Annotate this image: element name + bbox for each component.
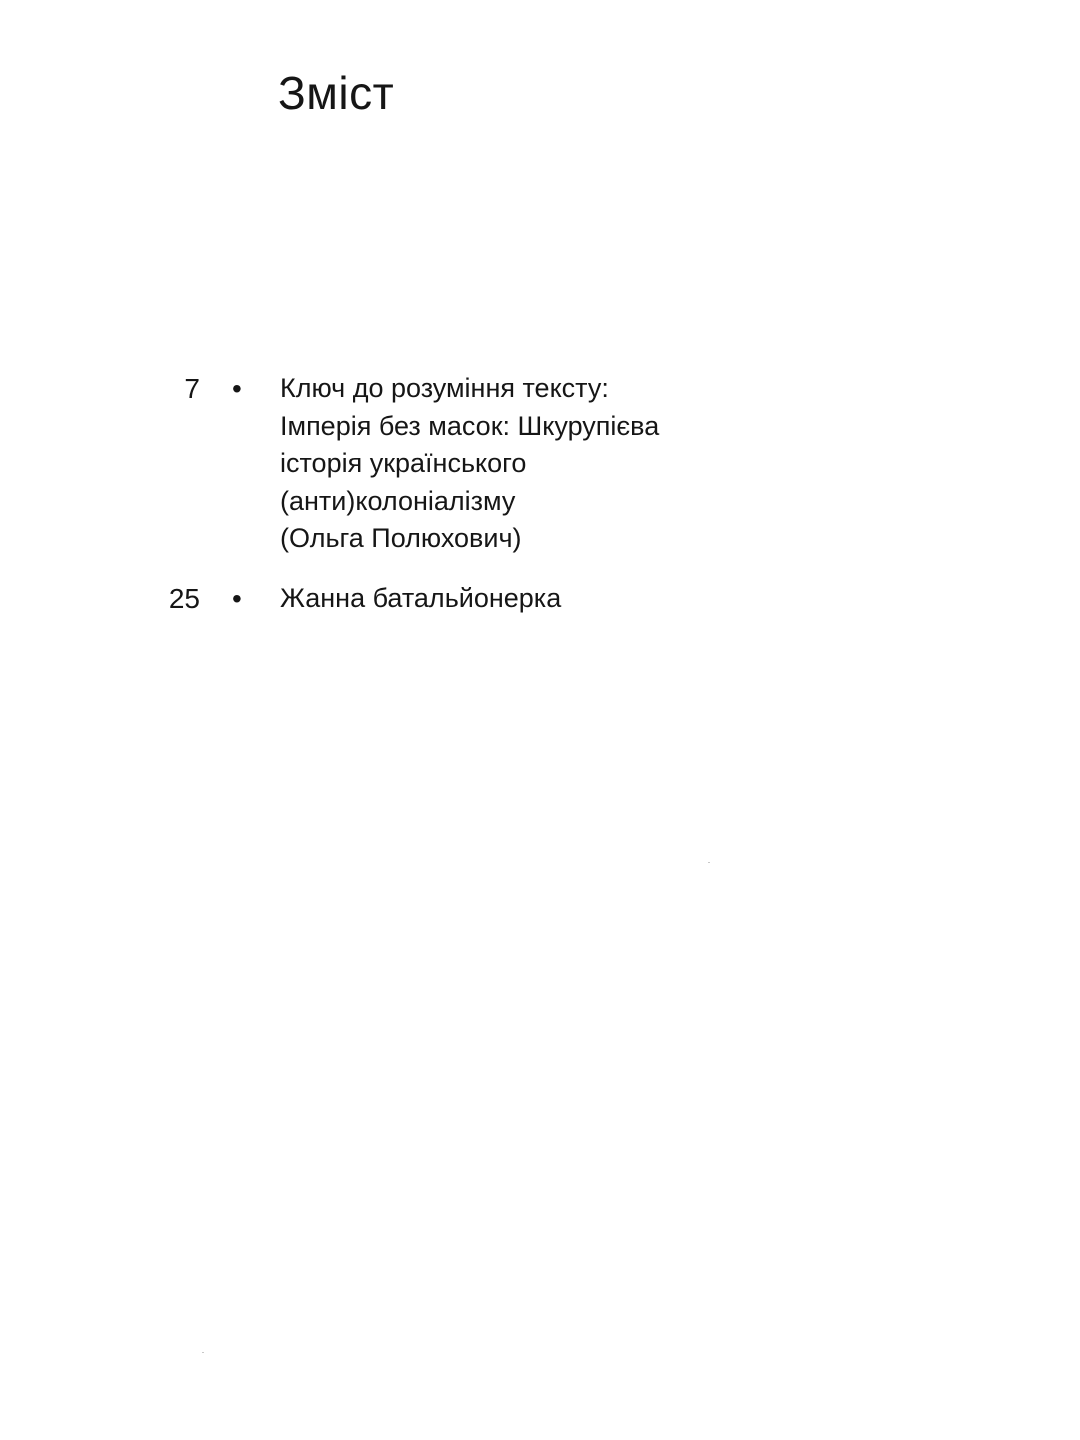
- toc-page-number: 7: [184, 370, 200, 408]
- toc-title-line: Жанна батальйонерка: [280, 580, 800, 618]
- bullet-icon: •: [232, 370, 242, 408]
- toc-entry-title: Жанна батальйонерка: [280, 580, 800, 618]
- toc-page-number: 25: [169, 580, 200, 618]
- table-of-contents: 7 • Ключ до розуміння тексту: Імперія бе…: [0, 370, 1080, 639]
- page-title: Зміст: [278, 70, 394, 116]
- toc-title-line: Імперія без масок: Шкурупієва: [280, 408, 800, 446]
- toc-entry[interactable]: 25 • Жанна батальйонерка: [0, 580, 1080, 618]
- toc-title-line: Ключ до розуміння тексту:: [280, 370, 800, 408]
- toc-title-line: (анти)колоніалізму: [280, 483, 800, 521]
- toc-title-line: (Ольга Полюхович): [280, 520, 800, 558]
- scan-speck: [202, 1352, 204, 1353]
- toc-title-line: історія українського: [280, 445, 800, 483]
- scan-speck: [708, 862, 710, 863]
- toc-entry[interactable]: 7 • Ключ до розуміння тексту: Імперія бе…: [0, 370, 1080, 558]
- toc-entry-title: Ключ до розуміння тексту: Імперія без ма…: [280, 370, 800, 558]
- bullet-icon: •: [232, 580, 242, 618]
